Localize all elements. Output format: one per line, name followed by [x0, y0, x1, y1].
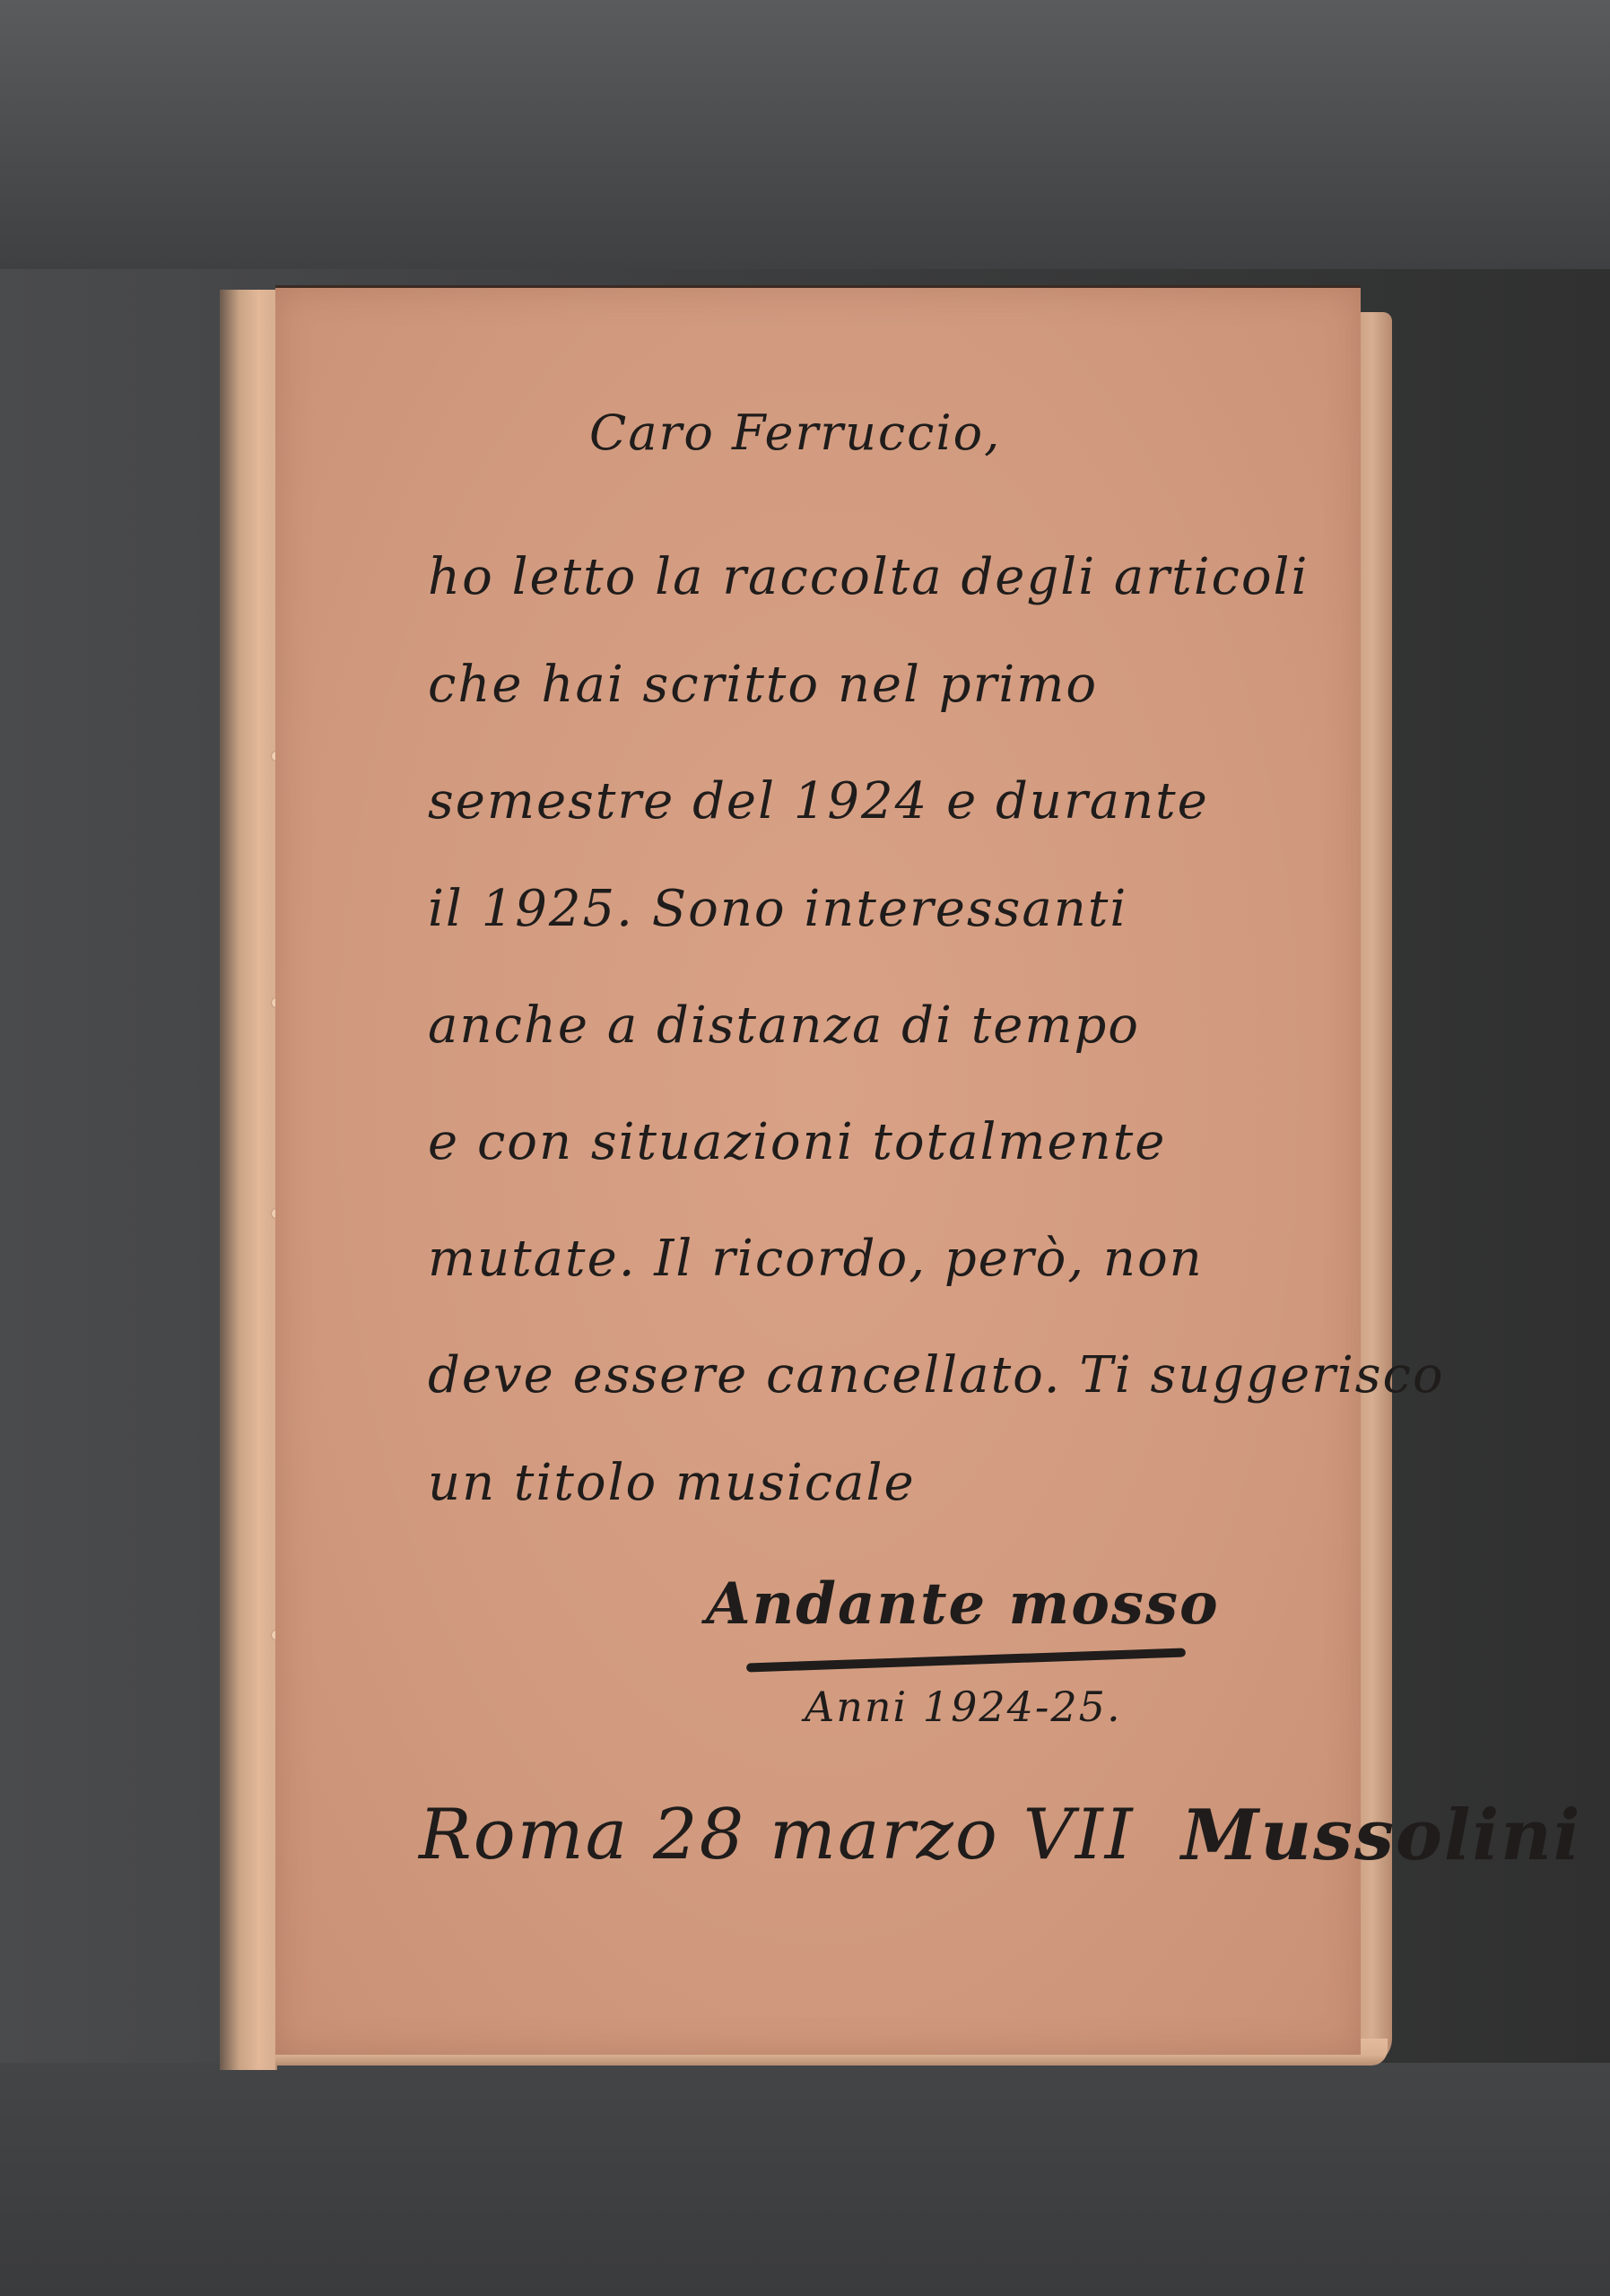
suggested-title: Andante mosso	[706, 1570, 1220, 1638]
title-underline	[746, 1648, 1186, 1672]
years-subtitle: Anni 1924-25.	[805, 1683, 1122, 1731]
scan-background-top	[0, 0, 1610, 269]
letter-line: deve essere cancellato. Ti suggerisco	[428, 1346, 1445, 1405]
letter-line: mutate. Il ricordo, però, non	[428, 1230, 1204, 1288]
letter-line: ho letto la raccolta degli articoli	[428, 548, 1309, 606]
book: Caro Ferruccio, ho letto la raccolta deg…	[220, 285, 1404, 2074]
letter-line: il 1925. Sono interessanti	[428, 880, 1127, 938]
salutation: Caro Ferruccio,	[589, 404, 1001, 461]
letter-line: anche a distanza di tempo	[428, 996, 1140, 1055]
place-and-date: Roma 28 marzo VII	[419, 1795, 1135, 1875]
letter-line: e con situazioni totalmente	[428, 1113, 1166, 1171]
scan-background-bottom	[0, 2063, 1610, 2296]
flyleaf-page: Caro Ferruccio, ho letto la raccolta deg…	[275, 285, 1361, 2055]
binding-spine	[220, 290, 277, 2070]
signature: Mussolini	[1181, 1795, 1582, 1876]
letter-line: un titolo musicale	[428, 1454, 916, 1512]
letter-line: che hai scritto nel primo	[428, 656, 1098, 714]
letter-line: semestre del 1924 e durante	[428, 772, 1209, 831]
